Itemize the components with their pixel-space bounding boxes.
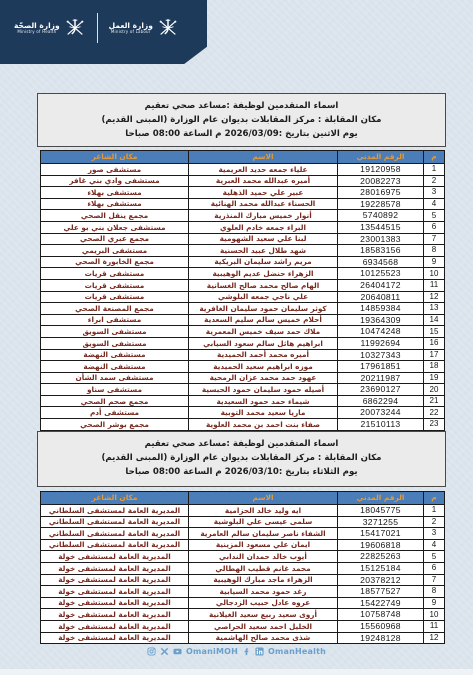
vacancy-location: مستشفى أدم <box>41 407 189 419</box>
civil-id: 3271255 <box>338 516 424 528</box>
table-row: 1010758748أروى سعيد ربيع سعيد الغيلانيةا… <box>41 609 445 621</box>
civil-id: 15125184 <box>338 562 424 574</box>
table-row: 2321510113صفاء بنت احمد بن محمد العلويةم… <box>41 419 445 431</box>
vacancy-location: المديرية العامة لمستشفى خولة <box>41 609 189 621</box>
table-row: 419228578الحسناء عبدالله محمد الهنائيةمس… <box>41 198 445 210</box>
row-serial: 10 <box>424 609 445 621</box>
applicant-name: رغد حمود محمد السيابية <box>189 586 338 598</box>
table-row: 818583156شهد طلال عبيد الحسنيةمستشفى الب… <box>41 245 445 257</box>
row-serial: 2 <box>424 175 445 187</box>
applicant-name: الزهراء ماجد مبارك الوهيبية <box>189 574 338 586</box>
civil-id: 19248128 <box>338 632 424 644</box>
row-serial: 16 <box>424 337 445 349</box>
applicants-table-1: م الرقم المدني الاسم مكان الشاغر 1191209… <box>40 150 445 431</box>
civil-id: 20073244 <box>338 407 424 419</box>
row-serial: 2 <box>424 516 445 528</box>
announcement-page: { "page": { "bg_color": "#dbe4ec", "bann… <box>0 0 473 675</box>
vacancy-location: مستشفى السويق <box>41 326 189 338</box>
column-header-civil-id: الرقم المدني <box>338 151 424 164</box>
omanhealth-account-handle: OmanHealth <box>268 647 326 656</box>
row-serial: 5 <box>424 210 445 222</box>
vacancy-location: مجمع عبري الصحي <box>41 233 189 245</box>
civil-id: 10125523 <box>338 268 424 280</box>
civil-id: 23690127 <box>338 384 424 396</box>
vacancy-location: مستشفى سمد الشأن <box>41 372 189 384</box>
section-2-interview-location: مكان المقابلة : مركز المقابلات بديوان عا… <box>42 451 441 465</box>
ministry-of-health-logo: وزارة الصحّة Ministry of Health <box>14 16 86 40</box>
applicant-name: عهود حمد محمد عزان الرمحية <box>189 372 338 384</box>
civil-id: 19606818 <box>338 539 424 551</box>
applicant-name: عبير علي حميد الذهلية <box>189 187 338 199</box>
oman-emblem-icon <box>157 16 179 40</box>
row-serial: 4 <box>424 539 445 551</box>
table-row: 1419364309أحلام خميس سالم سليم السعديةمس… <box>41 314 445 326</box>
applicant-name: عروه عادل حبيب الزدجالي <box>189 597 338 609</box>
vacancy-location: مستشفى ابراء <box>41 314 189 326</box>
row-serial: 10 <box>424 268 445 280</box>
vacancy-location: المديرية العامة لمستشفى خولة <box>41 620 189 632</box>
table-row: 615125184محمد غانم قطيب الهطاليالمديرية … <box>41 562 445 574</box>
column-header-serial: م <box>424 151 445 164</box>
table-row: 723001383لبنا علي سعيد الشهوميةمجمع عبري… <box>41 233 445 245</box>
row-serial: 19 <box>424 372 445 384</box>
column-header-name: الاسم <box>189 151 338 164</box>
oman-emblem-icon <box>64 16 86 40</box>
civil-id: 23001383 <box>338 233 424 245</box>
applicant-name: ايمان علي مسعود المزينية <box>189 539 338 551</box>
applicant-name: أصيله حمود سليمان حمود الحبسية <box>189 384 338 396</box>
vacancy-location: مستشفى السويق <box>41 337 189 349</box>
applicants-table-2: م الرقم المدني الاسم مكان الشاغر 1180457… <box>40 491 445 644</box>
applicant-name: كوثر سليمان حمود سليمان الغافرية <box>189 303 338 315</box>
table-row: 1817961851موزه ابراهيم سعيد الحميديةمستش… <box>41 361 445 373</box>
table-row: 2220073244ماريا سعيد محمد التوبيةمستشفى … <box>41 407 445 419</box>
row-serial: 12 <box>424 632 445 644</box>
table-row: 1219248128شذى محمد صالح الهاشميةالمديرية… <box>41 632 445 644</box>
table-row: 1010125523الزهراء حنضل عديم الوهيبيةمستش… <box>41 268 445 280</box>
applicant-name: شذى محمد صالح الهاشمية <box>189 632 338 644</box>
vacancy-location: المديرية العامة لمستشفى السلطاني <box>41 539 189 551</box>
applicant-name: الحسناء عبدالله محمد الهنائية <box>189 198 338 210</box>
civil-id: 19120958 <box>338 164 424 176</box>
civil-id: 13544515 <box>338 221 424 233</box>
applicant-name: شهد طلال عبيد الحسنية <box>189 245 338 257</box>
row-serial: 4 <box>424 198 445 210</box>
vacancy-location: مجمع ينقل الصحي <box>41 210 189 222</box>
civil-id: 18583156 <box>338 245 424 257</box>
section-1-job-title: اسماء المتقدمين لوظيفة :مساعد صحي تعقيم <box>42 99 441 113</box>
table-row: 1920211987عهود حمد محمد عزان الرمحيةمستش… <box>41 372 445 384</box>
applicant-name: الزهراء حنضل عديم الوهيبية <box>189 268 338 280</box>
table-row: 118045775ايه وليد خالد الحزاميةالمديرية … <box>41 505 445 517</box>
row-serial: 11 <box>424 279 445 291</box>
applicant-name: شيماء حمد حمود السعيدية <box>189 395 338 407</box>
row-serial: 22 <box>424 407 445 419</box>
vacancy-location: المديرية العامة لمستشفى السلطاني <box>41 505 189 517</box>
row-serial: 5 <box>424 551 445 563</box>
row-serial: 8 <box>424 586 445 598</box>
applicant-name: صفاء بنت احمد بن محمد العلوية <box>189 419 338 431</box>
table-row: 613544515البراء جمعه خادم العلويمستشفى ج… <box>41 221 445 233</box>
linkedin-icon <box>255 647 264 656</box>
column-header-serial: م <box>424 492 445 505</box>
table-row: 328016975عبير علي حميد الذهليةمستشفى بهل… <box>41 187 445 199</box>
vacancy-location: المديرية العامة لمستشفى خولة <box>41 632 189 644</box>
vacancy-location: مستشفى سناو <box>41 384 189 396</box>
civil-id: 20211987 <box>338 372 424 384</box>
row-serial: 12 <box>424 291 445 303</box>
civil-id: 11992694 <box>338 337 424 349</box>
section-2-title-box: اسماء المتقدمين لوظيفة :مساعد صحي تعقيم … <box>37 431 446 487</box>
vacancy-location: المديرية العامة لمستشفى خولة <box>41 574 189 586</box>
table-row: 818577527رغد حمود محمد السيابيةالمديرية … <box>41 586 445 598</box>
civil-id: 15560968 <box>338 620 424 632</box>
vacancy-location: مستشفى صور <box>41 164 189 176</box>
table-row: 1611992694ابراهيم هاثل سالم سعود السيابي… <box>41 337 445 349</box>
applicant-name: موزه ابراهيم سعيد الحميدية <box>189 361 338 373</box>
applicant-name: الشفاء ناصر سليمان سالم العامرية <box>189 528 338 540</box>
table-row: 96934568مريم راشد سليمان البريكيةمجمع ال… <box>41 256 445 268</box>
banner-divider <box>97 13 98 43</box>
civil-id: 6862294 <box>338 395 424 407</box>
row-serial: 1 <box>424 164 445 176</box>
section-1-title-box: اسماء المتقدمين لوظيفة :مساعد صحي تعقيم … <box>37 93 446 147</box>
civil-id: 10758748 <box>338 609 424 621</box>
row-serial: 8 <box>424 245 445 257</box>
row-serial: 6 <box>424 562 445 574</box>
applicant-name: ابراهيم هاثل سالم سعود السيابي <box>189 337 338 349</box>
x-icon <box>160 647 169 656</box>
civil-id: 5740892 <box>338 210 424 222</box>
row-serial: 9 <box>424 597 445 609</box>
vacancy-location: مستشفى النهضة <box>41 349 189 361</box>
row-serial: 18 <box>424 361 445 373</box>
applicant-name: أنوار خميس مبارك المنذرية <box>189 210 338 222</box>
row-serial: 20 <box>424 384 445 396</box>
row-serial: 23 <box>424 419 445 431</box>
civil-id: 20640811 <box>338 291 424 303</box>
vacancy-location: المديرية العامة لمستشفى خولة <box>41 586 189 598</box>
table-row: 1510474248ملاك حمد سيف خميس المعمريةمستش… <box>41 326 445 338</box>
civil-id: 10327343 <box>338 349 424 361</box>
table-row: 119120958علياء جمعه حديد العريميةمستشفى … <box>41 164 445 176</box>
civil-id: 18045775 <box>338 505 424 517</box>
table-row: 1115560968الخليل احمد سعيد الحراصيالمدير… <box>41 620 445 632</box>
applicant-name: أميره محمد أحمد الحميدية <box>189 349 338 361</box>
civil-id: 19364309 <box>338 314 424 326</box>
table-header-row: م الرقم المدني الاسم مكان الشاغر <box>41 492 445 505</box>
header-banner: وزارة الصحّة Ministry of Health وزارة ال… <box>0 0 207 64</box>
youtube-icon <box>173 647 182 656</box>
ministry-health-english-name: Ministry of Health <box>17 30 56 34</box>
instagram-icon <box>147 647 156 656</box>
civil-id: 18577527 <box>338 586 424 598</box>
table-row: 915422749عروه عادل حبيب الزدجاليالمديرية… <box>41 597 445 609</box>
table-row: 216862294شيماء حمد حمود السعيديةمجمع صحم… <box>41 395 445 407</box>
civil-id: 15417021 <box>338 528 424 540</box>
section-2-job-title: اسماء المتقدمين لوظيفة :مساعد صحي تعقيم <box>42 437 441 451</box>
applicant-name: مريم راشد سليمان البريكية <box>189 256 338 268</box>
applicant-name: الخليل احمد سعيد الحراصي <box>189 620 338 632</box>
applicant-name: لبنا علي سعيد الشهومية <box>189 233 338 245</box>
section-1-interview-location: مكان المقابلة : مركز المقابلات بديوان عا… <box>42 113 441 127</box>
civil-id: 6934568 <box>338 256 424 268</box>
vacancy-location: مستشفى البريمي <box>41 245 189 257</box>
row-serial: 7 <box>424 574 445 586</box>
civil-id: 20082273 <box>338 175 424 187</box>
vacancy-location: مستشفى وادي بني غافر <box>41 175 189 187</box>
civil-id: 21510113 <box>338 419 424 431</box>
row-serial: 17 <box>424 349 445 361</box>
table-row: 522825263أيوب خالد حمدان الندابيالمديرية… <box>41 551 445 563</box>
applicant-name: الهام صالح محمد صالح الغسانية <box>189 279 338 291</box>
row-serial: 3 <box>424 187 445 199</box>
civil-id: 20378212 <box>338 574 424 586</box>
table-row: 1710327343أميره محمد أحمد الحميديةمستشفى… <box>41 349 445 361</box>
row-serial: 11 <box>424 620 445 632</box>
civil-id: 26404172 <box>338 279 424 291</box>
applicant-name: أروى سعيد ربيع سعيد الغيلانية <box>189 609 338 621</box>
vacancy-location: المديرية العامة لمستشفى السلطاني <box>41 528 189 540</box>
row-serial: 21 <box>424 395 445 407</box>
ministry-of-labour-logo: وزارة العمل Ministry of Labour <box>109 16 179 40</box>
civil-id: 22825263 <box>338 551 424 563</box>
section-1-interview-datetime: يوم الاثنين بتاريخ :2026/03/09 م الساعة … <box>42 127 441 141</box>
column-header-civil-id: الرقم المدني <box>338 492 424 505</box>
table-row: 720378212الزهراء ماجد مبارك الوهيبيةالمد… <box>41 574 445 586</box>
column-header-vacancy: مكان الشاغر <box>41 151 189 164</box>
vacancy-location: المديرية العامة لمستشفى السلطاني <box>41 516 189 528</box>
civil-id: 19228578 <box>338 198 424 210</box>
applicant-name: ملاك حمد سيف خميس المعمرية <box>189 326 338 338</box>
row-serial: 6 <box>424 221 445 233</box>
facebook-icon <box>242 647 251 656</box>
social-media-footer: OmaniMOH OmanHealth <box>0 647 473 656</box>
applicant-name: أيوب خالد حمدان الندابي <box>189 551 338 563</box>
table-row: 2023690127أصيله حمود سليمان حمود الحبسية… <box>41 384 445 396</box>
table-row: 419606818ايمان علي مسعود المزينيةالمديري… <box>41 539 445 551</box>
row-serial: 14 <box>424 314 445 326</box>
section-2-interview-datetime: يوم الثلاثاء بتاريخ :2026/03/10 م الساعة… <box>42 465 441 479</box>
civil-id: 28016975 <box>338 187 424 199</box>
row-serial: 13 <box>424 303 445 315</box>
vacancy-location: المديرية العامة لمستشفى خولة <box>41 562 189 574</box>
applicant-name: ايه وليد خالد الحزامية <box>189 505 338 517</box>
moh-account-handle: OmaniMOH <box>186 647 238 656</box>
row-serial: 15 <box>424 326 445 338</box>
vacancy-location: مستشفى قريات <box>41 279 189 291</box>
applicant-name: سلمى عيسى علي البلوشية <box>189 516 338 528</box>
bottom-page-strip <box>0 669 473 675</box>
table-row: 55740892أنوار خميس مبارك المنذريةمجمع ين… <box>41 210 445 222</box>
applicant-name: أحلام خميس سالم سليم السعدية <box>189 314 338 326</box>
vacancy-location: مستشفى النهضة <box>41 361 189 373</box>
vacancy-location: مستشفى قريات <box>41 291 189 303</box>
vacancy-location: مستشفى جعلان بني بو علي <box>41 221 189 233</box>
applicant-name: علياء جمعه حديد العريمية <box>189 164 338 176</box>
applicant-name: البراء جمعه خادم العلوي <box>189 221 338 233</box>
row-serial: 7 <box>424 233 445 245</box>
table-row: 23271255سلمى عيسى علي البلوشيةالمديرية ا… <box>41 516 445 528</box>
civil-id: 10474248 <box>338 326 424 338</box>
civil-id: 14859384 <box>338 303 424 315</box>
vacancy-location: المديرية العامة لمستشفى خولة <box>41 597 189 609</box>
table-row: 220082273أميره عبدالله محمد العبريةمستشف… <box>41 175 445 187</box>
vacancy-location: المديرية العامة لمستشفى خولة <box>41 551 189 563</box>
vacancy-location: مستشفى قريات <box>41 268 189 280</box>
applicant-name: ماريا سعيد محمد التوبية <box>189 407 338 419</box>
vacancy-location: مجمع بوشر الصحي <box>41 419 189 431</box>
applicant-name: علي ناجي جمعه البلوشي <box>189 291 338 303</box>
row-serial: 3 <box>424 528 445 540</box>
civil-id: 15422749 <box>338 597 424 609</box>
column-header-name: الاسم <box>189 492 338 505</box>
table-row: 1220640811علي ناجي جمعه البلوشيمستشفى قر… <box>41 291 445 303</box>
vacancy-location: مجمع المصنعة الصحي <box>41 303 189 315</box>
applicant-name: محمد غانم قطيب الهطالي <box>189 562 338 574</box>
vacancy-location: مستشفى بهلاء <box>41 198 189 210</box>
table-header-row: م الرقم المدني الاسم مكان الشاغر <box>41 151 445 164</box>
civil-id: 17961851 <box>338 361 424 373</box>
vacancy-location: مستشفى بهلاء <box>41 187 189 199</box>
column-header-vacancy: مكان الشاغر <box>41 492 189 505</box>
row-serial: 9 <box>424 256 445 268</box>
vacancy-location: مجمع الخابورة الصحي <box>41 256 189 268</box>
table-row: 1126404172الهام صالح محمد صالح الغسانيةم… <box>41 279 445 291</box>
table-row: 1314859384كوثر سليمان حمود سليمان الغافر… <box>41 303 445 315</box>
table-row: 315417021الشفاء ناصر سليمان سالم العامري… <box>41 528 445 540</box>
applicant-name: أميره عبدالله محمد العبرية <box>189 175 338 187</box>
row-serial: 1 <box>424 505 445 517</box>
ministry-labour-english-name: Ministry of Labour <box>111 30 151 34</box>
vacancy-location: مجمع صحم الصحي <box>41 395 189 407</box>
